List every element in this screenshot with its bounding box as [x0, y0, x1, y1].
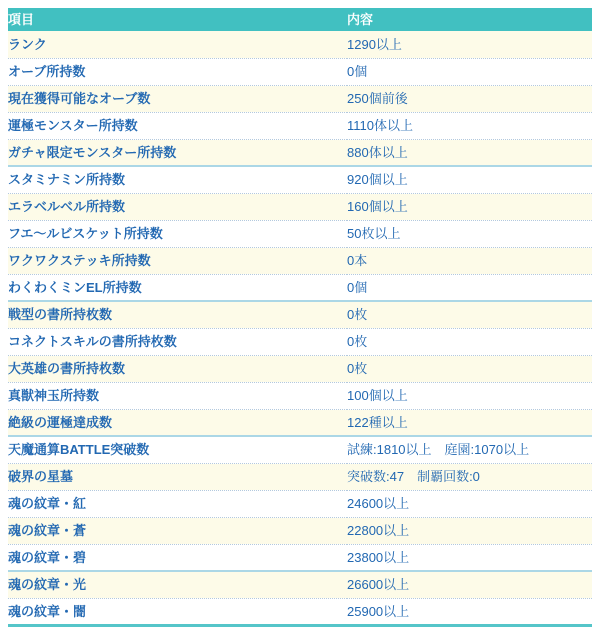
value-cell: 0本	[347, 247, 592, 274]
item-cell: 戦型の書所持枚数	[8, 301, 347, 328]
table-row: 魂の紋章・闇25900以上	[8, 598, 592, 625]
value-cell: 0枚	[347, 328, 592, 355]
table-row: ワクワクステッキ所持数0本	[8, 247, 592, 274]
value-cell: 100個以上	[347, 382, 592, 409]
table-row: フエ〜ルビスケット所持数50枚以上	[8, 220, 592, 247]
value-cell: 250個前後	[347, 85, 592, 112]
header-cell-value: 内容	[347, 8, 592, 31]
value-cell: 24600以上	[347, 490, 592, 517]
header-row: 項目 内容	[8, 8, 592, 31]
table-row: わくわくミンEL所持数0個	[8, 274, 592, 301]
value-cell: 0枚	[347, 301, 592, 328]
value-cell: 26600以上	[347, 571, 592, 598]
value-cell: 0枚	[347, 355, 592, 382]
header-cell-item: 項目	[8, 8, 347, 31]
table-row: 破界の星墓突破数:47 制覇回数:0	[8, 463, 592, 490]
item-cell: フエ〜ルビスケット所持数	[8, 220, 347, 247]
item-cell: 運極モンスター所持数	[8, 112, 347, 139]
value-cell: 160個以上	[347, 193, 592, 220]
item-cell: ガチャ限定モンスター所持数	[8, 139, 347, 166]
table-body: ランク1290以上オーブ所持数0個現在獲得可能なオーブ数250個前後運極モンスタ…	[8, 31, 592, 625]
item-cell: スタミナミン所持数	[8, 166, 347, 193]
table-row: 魂の紋章・碧23800以上	[8, 544, 592, 571]
value-cell: 122種以上	[347, 409, 592, 436]
table-row: ランク1290以上	[8, 31, 592, 58]
item-cell: 破界の星墓	[8, 463, 347, 490]
item-cell: 絶級の運極達成数	[8, 409, 347, 436]
table-row: エラベルベル所持数160個以上	[8, 193, 592, 220]
item-cell: 魂の紋章・蒼	[8, 517, 347, 544]
item-cell: エラベルベル所持数	[8, 193, 347, 220]
value-cell: 25900以上	[347, 598, 592, 625]
table-row: オーブ所持数0個	[8, 58, 592, 85]
item-cell: 大英雄の書所持枚数	[8, 355, 347, 382]
table-row: 魂の紋章・蒼22800以上	[8, 517, 592, 544]
page: 項目 内容 ランク1290以上オーブ所持数0個現在獲得可能なオーブ数250個前後…	[0, 0, 600, 637]
value-cell: 試練:1810以上 庭園:1070以上	[347, 436, 592, 463]
value-cell: 880体以上	[347, 139, 592, 166]
item-cell: オーブ所持数	[8, 58, 347, 85]
item-cell: 真獣神玉所持数	[8, 382, 347, 409]
table-header: 項目 内容	[8, 8, 592, 31]
table-row: 現在獲得可能なオーブ数250個前後	[8, 85, 592, 112]
table-row: スタミナミン所持数920個以上	[8, 166, 592, 193]
table-row: 戦型の書所持枚数0枚	[8, 301, 592, 328]
table-row: 魂の紋章・光26600以上	[8, 571, 592, 598]
item-cell: 魂の紋章・紅	[8, 490, 347, 517]
value-cell: 0個	[347, 58, 592, 85]
value-cell: 0個	[347, 274, 592, 301]
value-cell: 1290以上	[347, 31, 592, 58]
table-row: 大英雄の書所持枚数0枚	[8, 355, 592, 382]
item-cell: 天魔通算BATTLE突破数	[8, 436, 347, 463]
table-row: ガチャ限定モンスター所持数880体以上	[8, 139, 592, 166]
item-cell: ワクワクステッキ所持数	[8, 247, 347, 274]
item-cell: わくわくミンEL所持数	[8, 274, 347, 301]
table-row: 天魔通算BATTLE突破数試練:1810以上 庭園:1070以上	[8, 436, 592, 463]
table-row: 真獣神玉所持数100個以上	[8, 382, 592, 409]
item-cell: 魂の紋章・闇	[8, 598, 347, 625]
value-cell: 22800以上	[347, 517, 592, 544]
value-cell: 50枚以上	[347, 220, 592, 247]
item-cell: ランク	[8, 31, 347, 58]
item-cell: 魂の紋章・光	[8, 571, 347, 598]
table-row: 魂の紋章・紅24600以上	[8, 490, 592, 517]
stats-table: 項目 内容 ランク1290以上オーブ所持数0個現在獲得可能なオーブ数250個前後…	[8, 8, 592, 627]
value-cell: 920個以上	[347, 166, 592, 193]
value-cell: 1110体以上	[347, 112, 592, 139]
table-row: 絶級の運極達成数122種以上	[8, 409, 592, 436]
item-cell: 魂の紋章・碧	[8, 544, 347, 571]
table-row: コネクトスキルの書所持枚数0枚	[8, 328, 592, 355]
value-cell: 23800以上	[347, 544, 592, 571]
item-cell: コネクトスキルの書所持枚数	[8, 328, 347, 355]
value-cell: 突破数:47 制覇回数:0	[347, 463, 592, 490]
item-cell: 現在獲得可能なオーブ数	[8, 85, 347, 112]
table-row: 運極モンスター所持数1110体以上	[8, 112, 592, 139]
